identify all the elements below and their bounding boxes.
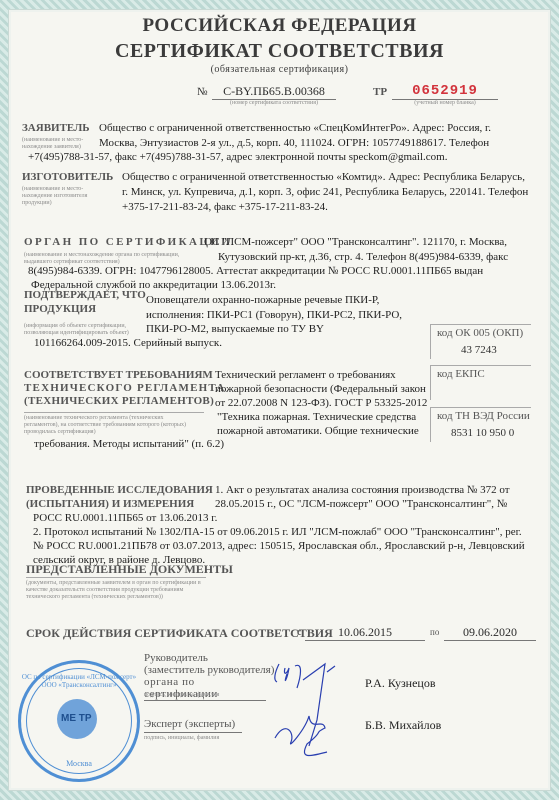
validity-from-date: 10.06.2015 xyxy=(305,625,425,641)
certification-body-line-1: ОС "ЛСМ-пожсерт" ООО "Трансконсалтинг". … xyxy=(204,235,507,250)
certification-body-line-3: 8(495)984-6339. ОГРН: 1047796128005. Атт… xyxy=(28,264,483,279)
compliance-divider xyxy=(24,412,204,413)
compliance-label-1: СООТВЕТСТВУЕТ ТРЕБОВАНИЯМ xyxy=(24,369,213,381)
product-line-2: исполнения: ПКИ-РС1 (Говорун), ПКИ-РС2, … xyxy=(146,308,402,323)
head-label-1: Руководитель xyxy=(144,652,208,664)
country-title: РОССИЙСКАЯ ФЕДЕРАЦИЯ xyxy=(0,15,559,37)
certificate-subtitle: (обязательная сертификация) xyxy=(0,64,559,75)
manufacturer-line-2: г. Минск, ул. Купревича, д.1, корп. 3, о… xyxy=(122,185,528,200)
okp-code-value: 43 7243 xyxy=(431,339,531,356)
research-label-2: (ИСПЫТАНИЯ) И ИЗМЕРЕНИЯ xyxy=(26,498,194,510)
signature-image xyxy=(265,660,365,770)
manufacturer-line-3: +375-17-211-83-24, факс +375-17-211-83-2… xyxy=(122,200,328,215)
okp-code-box: код ОК 005 (ОКП) 43 7243 xyxy=(430,324,531,359)
certification-body-line-2: Кутузовский пр-кт, д.36, стр. 4. Телефон… xyxy=(218,250,508,265)
expert-caption: подпись, инициалы, фамилия xyxy=(144,735,219,742)
certification-stamp: ОС по сертификации «ЛСМ-пожсерт» ООО «Тр… xyxy=(18,660,140,782)
tnved-code-value: 8531 10 950 0 xyxy=(431,422,531,439)
head-label-2: (заместитель руководителя) xyxy=(144,664,274,676)
compliance-line-4: "Техника пожарная. Технические средства xyxy=(217,410,416,425)
blank-number: 0652919 xyxy=(392,81,498,100)
stamp-ring-text: ОС по сертификации «ЛСМ-пожсерт» ООО «Тр… xyxy=(21,673,137,689)
certificate-title: СЕРТИФИКАТ СООТВЕТСТВИЯ xyxy=(0,40,559,63)
stamp-center-text: МЕ ТР xyxy=(61,713,92,724)
product-line-4: 101166264.009-2015. Серийный выпуск. xyxy=(34,336,222,351)
compliance-line-6: требования. Методы испытаний" (п. 6.2) xyxy=(34,437,224,452)
tr-label: ТР xyxy=(373,86,387,98)
compliance-line-1: Технический регламент о требованиях xyxy=(215,368,396,383)
research-label-1: ПРОВЕДЕННЫЕ ИССЛЕДОВАНИЯ xyxy=(26,484,213,496)
applicant-line-3: +7(495)788-31-57, факс +7(495)788-31-57,… xyxy=(28,150,447,165)
applicant-label: ЗАЯВИТЕЛЬ xyxy=(22,122,90,134)
documents-caption: (документы, представленные заявителем в … xyxy=(26,580,206,601)
manufacturer-line-1: Общество с ограниченной ответственностью… xyxy=(122,170,525,185)
okp-code-label: код ОК 005 (ОКП) xyxy=(431,325,531,339)
tnved-code-box: код ТН ВЭД России 8531 10 950 0 xyxy=(430,407,531,442)
compliance-label-2: ТЕХНИЧЕСКОГО РЕГЛАМЕНТА xyxy=(24,382,226,394)
head-caption: подпись, инициалы, фамилия xyxy=(144,692,219,699)
product-label-2: ПРОДУКЦИЯ xyxy=(24,303,96,315)
manufacturer-caption: (наименование и место-нахождение изготов… xyxy=(22,186,96,207)
expert-name: Б.В. Михайлов xyxy=(365,718,441,733)
expert-label: Эксперт (эксперты) xyxy=(144,717,242,733)
compliance-caption: (наименование технического регламента (т… xyxy=(24,415,199,436)
ekps-code-label: код ЕКПС xyxy=(431,366,531,380)
certificate-number-caption: (номер сертификата соответствия) xyxy=(212,100,336,107)
validity-from-word: с xyxy=(297,627,301,638)
product-line-1: Оповещатели охранно-пожарные речевые ПКИ… xyxy=(146,293,379,308)
research-line-5: № РОСС RU.0001.21ПБ78 от 03.07.2013, адр… xyxy=(33,539,525,554)
compliance-line-3: от 22.07.2008 N 123-ФЗ). ГОСТ Р 53325-20… xyxy=(215,396,427,411)
ekps-code-value xyxy=(431,380,531,385)
manufacturer-label: ИЗГОТОВИТЕЛЬ xyxy=(22,171,113,183)
stamp-city: Москва xyxy=(21,759,137,768)
tnved-code-label: код ТН ВЭД России xyxy=(431,408,531,422)
applicant-line-1: Общество с ограниченной ответственностью… xyxy=(99,121,491,136)
product-label-1: ПОДТВЕРЖДАЕТ, ЧТО xyxy=(24,289,146,301)
applicant-line-2: Москва, Энтузиастов 2-я ул., д.5, корп. … xyxy=(99,136,489,151)
head-name: Р.А. Кузнецов xyxy=(365,676,436,691)
documents-label: ПРЕДСТАВЛЕННЫЕ ДОКУМЕНТЫ xyxy=(26,562,233,577)
compliance-line-5: пожарной автоматики. Общие технические xyxy=(217,424,419,439)
research-line-3: РОСС RU.0001.11ПБ65 от 13.06.2013 г. xyxy=(33,511,217,526)
compliance-label-3: (ТЕХНИЧЕСКИХ РЕГЛАМЕНТОВ) xyxy=(24,395,214,407)
documents-divider xyxy=(26,577,206,578)
research-line-2: 28.05.2015 г., ОС "ЛСМ-пожсерт" ООО "Тра… xyxy=(215,497,507,512)
certificate-number: С-BY.ПБ65.В.00368 xyxy=(212,84,336,100)
validity-label: СРОК ДЕЙСТВИЯ СЕРТИФИКАТА СООТВЕТСТВИЯ xyxy=(26,626,333,641)
research-line-1: 1. Акт о результатах анализа состояния п… xyxy=(215,483,510,498)
applicant-caption: (наименование и место-нахождение заявите… xyxy=(22,137,92,151)
validity-to-date: 09.06.2020 xyxy=(444,625,536,641)
product-caption: (информация об объекте сертификации, поз… xyxy=(24,323,144,337)
research-line-4: 2. Протокол испытаний № 1302/ПА-15 от 09… xyxy=(33,525,522,540)
compliance-line-2: пожарной безопасности (Федеральный закон xyxy=(215,382,426,397)
certification-body-label: ОРГАН ПО СЕРТИФИКАЦИИ xyxy=(24,236,232,248)
blank-number-caption: (учетный номер бланка) xyxy=(392,100,498,107)
product-line-3: ПКИ-РО-М2, выпускаемые по ТУ BY xyxy=(146,322,324,337)
validity-to-word: по xyxy=(430,627,439,637)
ekps-code-box: код ЕКПС xyxy=(430,365,531,400)
number-prefix: № xyxy=(197,86,208,98)
